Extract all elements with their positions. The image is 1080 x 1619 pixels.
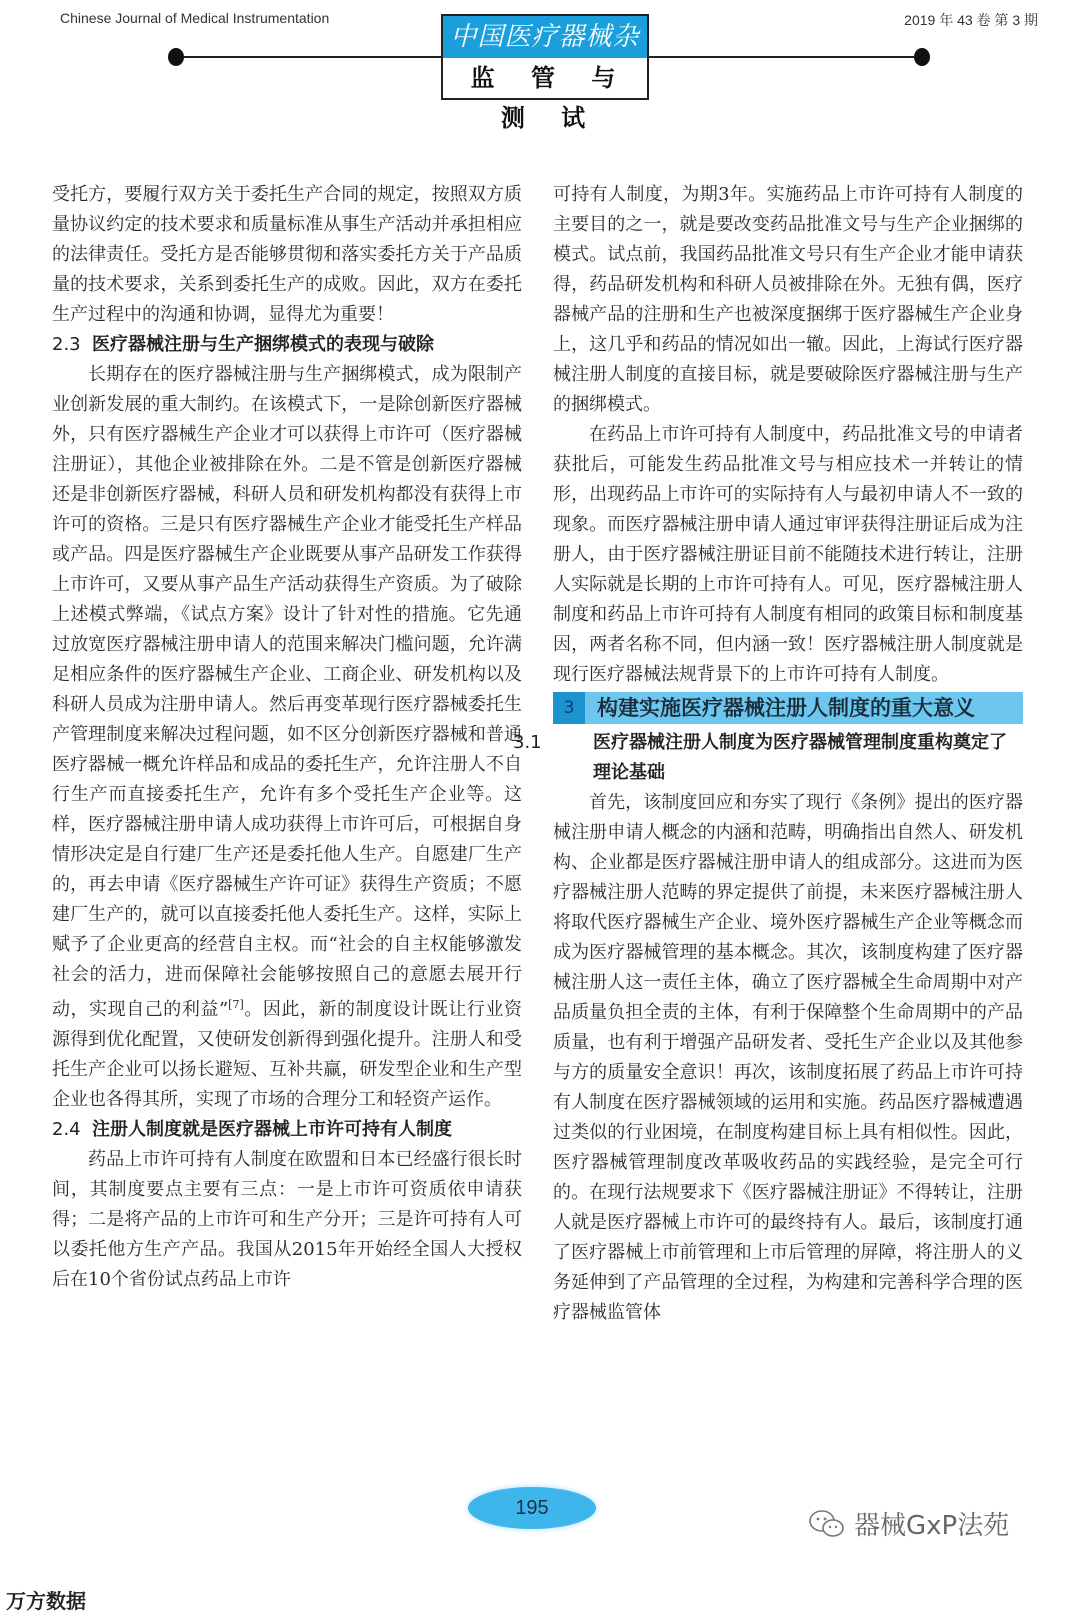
journal-logo: 中国医疗器械杂志 监 管 与 测 试 [441, 14, 649, 100]
left-column: 受托方，要履行双方关于委托生产合同的规定，按照双方质量协议约定的技术要求和质量标… [52, 180, 522, 1295]
heading-title: 医疗器械注册与生产捆绑模式的表现与破除 [92, 334, 434, 355]
header-dot-left [168, 48, 184, 66]
section-heading-3: 3 构建实施医疗器械注册人制度的重大意义 [553, 692, 1023, 724]
citation-ref: [7] [228, 998, 244, 1011]
source-label: 万方数据 [6, 1585, 86, 1614]
header-dot-right [914, 48, 930, 66]
paragraph: 可持有人制度，为期3年。实施药品上市许可持有人制度的主要目的之一，就是要改变药品… [553, 180, 1023, 420]
watermark-text: 器械GxP法苑 [854, 1505, 1009, 1542]
journal-name-en: Chinese Journal of Medical Instrumentati… [60, 10, 329, 26]
section-title: 构建实施医疗器械注册人制度的重大意义 [597, 693, 975, 723]
page-number: 195 [468, 1487, 596, 1529]
heading-number: 3.1 [553, 728, 593, 758]
section-number: 3 [553, 692, 585, 724]
right-column: 可持有人制度，为期3年。实施药品上市许可持有人制度的主要目的之一，就是要改变药品… [553, 180, 1023, 1328]
heading-number: 2.3 [52, 330, 92, 360]
paragraph: 受托方，要履行双方关于委托生产合同的规定，按照双方质量协议约定的技术要求和质量标… [52, 180, 522, 330]
issue-info: 2019 年 43 卷 第 3 期 [904, 10, 1038, 30]
subsection-heading-2-4: 2.4注册人制度就是医疗器械上市许可持有人制度 [52, 1115, 522, 1145]
heading-title: 注册人制度就是医疗器械上市许可持有人制度 [92, 1119, 452, 1140]
wechat-icon [808, 1509, 846, 1539]
subsection-heading-3-1: 3.1医疗器械注册人制度为医疗器械管理制度重构奠定了理论基础 [553, 728, 1023, 788]
paragraph: 长期存在的医疗器械注册与生产捆绑模式，成为限制产业创新发展的重大制约。在该模式下… [52, 360, 522, 1115]
logo-title: 中国医疗器械杂志 [443, 16, 647, 58]
paragraph: 在药品上市许可持有人制度中，药品批准文号的申请者获批后，可能发生药品批准文号与相… [553, 420, 1023, 690]
section-label: 监 管 与 测 试 [443, 58, 647, 98]
subsection-heading-2-3: 2.3医疗器械注册与生产捆绑模式的表现与破除 [52, 330, 522, 360]
paragraph: 首先，该制度回应和夯实了现行《条例》提出的医疗器械注册申请人概念的内涵和范畴，明… [553, 788, 1023, 1328]
heading-title: 医疗器械注册人制度为医疗器械管理制度重构奠定了理论基础 [593, 732, 1007, 783]
watermark: 器械GxP法苑 [808, 1505, 1009, 1542]
paragraph-text: 长期存在的医疗器械注册与生产捆绑模式，成为限制产业创新发展的重大制约。在该模式下… [52, 364, 522, 1020]
heading-number: 2.4 [52, 1115, 92, 1145]
paragraph: 药品上市许可持有人制度在欧盟和日本已经盛行很长时间，其制度要点主要有三点：一是上… [52, 1145, 522, 1295]
